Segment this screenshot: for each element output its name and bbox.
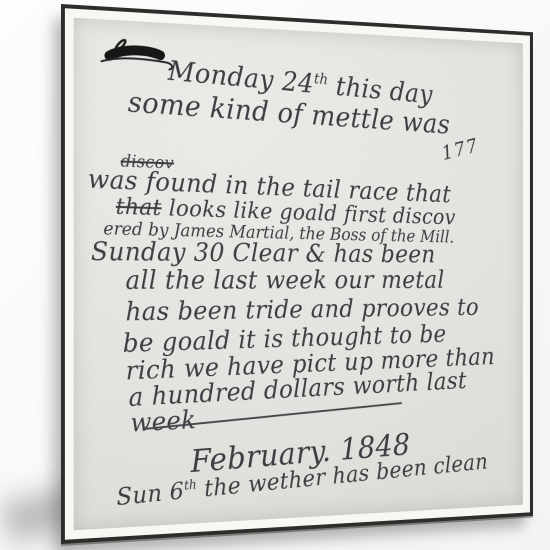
line-text: Sun 6 [116,477,185,511]
struck-word-that: that [115,194,161,221]
frame-mat: Monday 24th this day some kind of mettle… [65,8,530,540]
page-number: 177 [440,136,480,164]
diary-line-sunday-30: Sunday 30 Clear & has been [91,239,436,267]
product-photo: Monday 24th this day some kind of mettle… [0,0,550,550]
superscript-th: th [314,70,329,88]
diary-page: Monday 24th this day some kind of mettle… [74,18,523,531]
diary-line-week: week [130,407,196,436]
superscript-th: th [183,478,196,494]
framed-diary-page: Monday 24th this day some kind of mettle… [61,4,533,544]
diary-line-all-last-week: all the last week our metal [125,268,444,294]
